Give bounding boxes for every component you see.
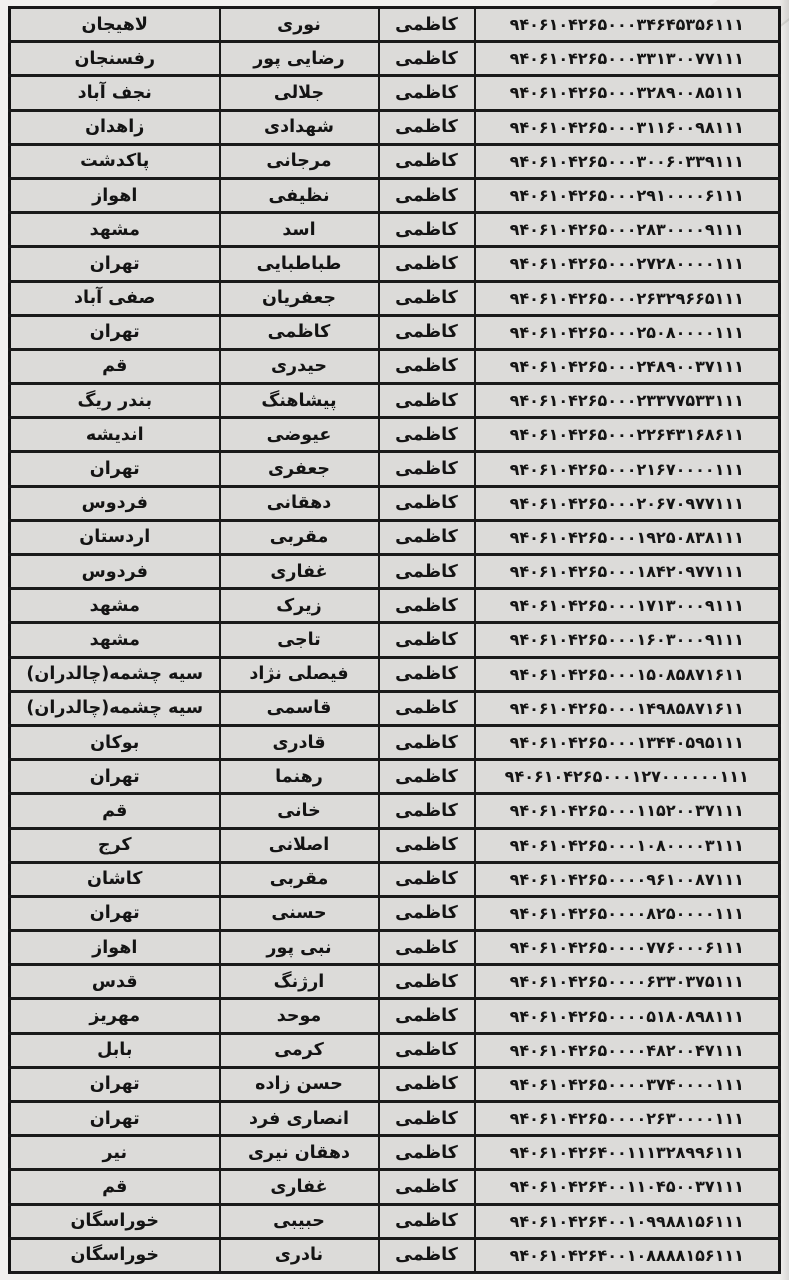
city-cell: پاکدشت — [10, 144, 220, 178]
city-cell: اهواز — [10, 931, 220, 965]
recipient-name-cell: کاظمی — [379, 1033, 475, 1067]
recipient-name-cell: کاظمی — [379, 76, 475, 110]
city-cell: فردوس — [10, 555, 220, 589]
table-row: بندر ریگ پیشاهنگ کاظمی ۹۴۰۶۱۰۴۲۶۵۰۰۰۲۳۳۷… — [10, 384, 780, 418]
surname-cell: دهقان نیری — [220, 1136, 379, 1170]
table-row: مهریز موحد کاظمی ۹۴۰۶۱۰۴۲۶۵۰۰۰۰۵۱۸۰۸۹۸۱۱… — [10, 999, 780, 1033]
recipient-name-cell: کاظمی — [379, 931, 475, 965]
table-row: رفسنجان رضایی پور کاظمی ۹۴۰۶۱۰۴۲۶۵۰۰۰۳۳۱… — [10, 42, 780, 76]
surname-cell: کاظمی — [220, 315, 379, 349]
recipient-name-cell: کاظمی — [379, 589, 475, 623]
city-cell: سیه چشمه(چالدران) — [10, 657, 220, 691]
table-row: فردوس غفاری کاظمی ۹۴۰۶۱۰۴۲۶۵۰۰۰۱۸۴۲۰۹۷۷۱… — [10, 555, 780, 589]
table-row: کاشان مقربی کاظمی ۹۴۰۶۱۰۴۲۶۵۰۰۰۰۹۶۱۰۰۸۷۱… — [10, 862, 780, 896]
recipient-name-cell: کاظمی — [379, 418, 475, 452]
tracking-number-cell: ۹۴۰۶۱۰۴۲۶۵۰۰۰۳۱۱۶۰۰۹۸۱۱۱ — [475, 110, 780, 144]
surname-cell: رضایی پور — [220, 42, 379, 76]
recipient-name-cell: کاظمی — [379, 1238, 475, 1272]
surname-cell: اصلانی — [220, 828, 379, 862]
surname-cell: جلالی — [220, 76, 379, 110]
city-cell: تهران — [10, 760, 220, 794]
surname-cell: قادری — [220, 725, 379, 759]
city-cell: بوکان — [10, 725, 220, 759]
tracking-number-cell: ۹۴۰۶۱۰۴۲۶۴۰۰۱۱۰۴۵۰۰۳۷۱۱۱ — [475, 1170, 780, 1204]
surname-cell: غفاری — [220, 555, 379, 589]
table-row: کرج اصلانی کاظمی ۹۴۰۶۱۰۴۲۶۵۰۰۰۱۰۸۰۰۰۰۳۱۱… — [10, 828, 780, 862]
recipient-name-cell: کاظمی — [379, 384, 475, 418]
table-row: قم خانی کاظمی ۹۴۰۶۱۰۴۲۶۵۰۰۰۱۱۵۲۰۰۳۷۱۱۱ — [10, 794, 780, 828]
tracking-number-cell: ۹۴۰۶۱۰۴۲۶۵۰۰۰۱۱۵۲۰۰۳۷۱۱۱ — [475, 794, 780, 828]
recipient-name-cell: کاظمی — [379, 725, 475, 759]
table-row: تهران حسنی کاظمی ۹۴۰۶۱۰۴۲۶۵۰۰۰۰۸۲۵۰۰۰۰۱۱… — [10, 896, 780, 930]
surname-cell: نوری — [220, 8, 379, 42]
tracking-number-cell: ۹۴۰۶۱۰۴۲۶۵۰۰۰۲۵۰۸۰۰۰۰۱۱۱ — [475, 315, 780, 349]
recipient-name-cell: کاظمی — [379, 213, 475, 247]
table-row: بوکان قادری کاظمی ۹۴۰۶۱۰۴۲۶۵۰۰۰۱۳۴۴۰۵۹۵۱… — [10, 725, 780, 759]
tracking-number-cell: ۹۴۰۶۱۰۴۲۶۵۰۰۰۳۰۰۶۰۳۳۹۱۱۱ — [475, 144, 780, 178]
table-row: مشهد زیرک کاظمی ۹۴۰۶۱۰۴۲۶۵۰۰۰۱۷۱۳۰۰۰۹۱۱۱ — [10, 589, 780, 623]
table-row: قم حیدری کاظمی ۹۴۰۶۱۰۴۲۶۵۰۰۰۲۴۸۹۰۰۳۷۱۱۱ — [10, 349, 780, 383]
city-cell: کرج — [10, 828, 220, 862]
tracking-number-cell: ۹۴۰۶۱۰۴۲۶۵۰۰۰۲۳۳۷۷۵۳۳۱۱۱ — [475, 384, 780, 418]
surname-cell: شهدادی — [220, 110, 379, 144]
records-table: لاهیجان نوری کاظمی ۹۴۰۶۱۰۴۲۶۵۰۰۰۳۴۶۴۵۳۵۶… — [8, 6, 781, 1274]
city-cell: قدس — [10, 965, 220, 999]
surname-cell: قاسمی — [220, 691, 379, 725]
table-row: بابل کرمی کاظمی ۹۴۰۶۱۰۴۲۶۵۰۰۰۰۴۸۲۰۰۴۷۱۱۱ — [10, 1033, 780, 1067]
recipient-name-cell: کاظمی — [379, 828, 475, 862]
recipient-name-cell: کاظمی — [379, 110, 475, 144]
city-cell: زاهدان — [10, 110, 220, 144]
tracking-number-cell: ۹۴۰۶۱۰۴۲۶۵۰۰۰۳۳۱۳۰۰۷۷۱۱۱ — [475, 42, 780, 76]
city-cell: بندر ریگ — [10, 384, 220, 418]
recipient-name-cell: کاظمی — [379, 1067, 475, 1101]
tracking-number-cell: ۹۴۰۶۱۰۴۲۶۵۰۰۰۱۲۷۰۰۰۰۰۰۱۱۱ — [475, 760, 780, 794]
recipient-name-cell: کاظمی — [379, 862, 475, 896]
tracking-number-cell: ۹۴۰۶۱۰۴۲۶۵۰۰۰۲۱۶۷۰۰۰۰۱۱۱ — [475, 452, 780, 486]
tracking-number-cell: ۹۴۰۶۱۰۴۲۶۵۰۰۰۰۹۶۱۰۰۸۷۱۱۱ — [475, 862, 780, 896]
city-cell: تهران — [10, 896, 220, 930]
tracking-number-cell: ۹۴۰۶۱۰۴۲۶۵۰۰۰۱۶۰۳۰۰۰۹۱۱۱ — [475, 623, 780, 657]
table-row: تهران حسن زاده کاظمی ۹۴۰۶۱۰۴۲۶۵۰۰۰۰۳۷۴۰۰… — [10, 1067, 780, 1101]
city-cell: قم — [10, 794, 220, 828]
surname-cell: انصاری فرد — [220, 1102, 379, 1136]
recipient-name-cell: کاظمی — [379, 315, 475, 349]
recipient-name-cell: کاظمی — [379, 623, 475, 657]
tracking-number-cell: ۹۴۰۶۱۰۴۲۶۵۰۰۰۱۷۱۳۰۰۰۹۱۱۱ — [475, 589, 780, 623]
city-cell: صفی آباد — [10, 281, 220, 315]
city-cell: مشهد — [10, 623, 220, 657]
recipient-name-cell: کاظمی — [379, 1136, 475, 1170]
city-cell: اردستان — [10, 520, 220, 554]
city-cell: رفسنجان — [10, 42, 220, 76]
table-row: اهواز نظیفی کاظمی ۹۴۰۶۱۰۴۲۶۵۰۰۰۲۹۱۰۰۰۰۶۱… — [10, 178, 780, 212]
table-row: مشهد اسد کاظمی ۹۴۰۶۱۰۴۲۶۵۰۰۰۲۸۳۰۰۰۰۹۱۱۱ — [10, 213, 780, 247]
city-cell: بابل — [10, 1033, 220, 1067]
tracking-number-cell: ۹۴۰۶۱۰۴۲۶۵۰۰۰۰۷۷۶۰۰۰۶۱۱۱ — [475, 931, 780, 965]
recipient-name-cell: کاظمی — [379, 896, 475, 930]
surname-cell: فیصلی نژاد — [220, 657, 379, 691]
tracking-number-cell: ۹۴۰۶۱۰۴۲۶۵۰۰۰۱۵۰۸۵۸۷۱۶۱۱ — [475, 657, 780, 691]
city-cell: اندیشه — [10, 418, 220, 452]
recipient-name-cell: کاظمی — [379, 1204, 475, 1238]
table-row: اندیشه عیوضی کاظمی ۹۴۰۶۱۰۴۲۶۵۰۰۰۲۲۶۴۳۱۶۸… — [10, 418, 780, 452]
surname-cell: جعفریان — [220, 281, 379, 315]
table-row: پاکدشت مرجانی کاظمی ۹۴۰۶۱۰۴۲۶۵۰۰۰۳۰۰۶۰۳۳… — [10, 144, 780, 178]
surname-cell: جعفری — [220, 452, 379, 486]
tracking-number-cell: ۹۴۰۶۱۰۴۲۶۴۰۰۱۰۹۹۸۸۱۵۶۱۱۱ — [475, 1204, 780, 1238]
recipient-name-cell: کاظمی — [379, 657, 475, 691]
city-cell: قم — [10, 1170, 220, 1204]
city-cell: تهران — [10, 247, 220, 281]
city-cell: تهران — [10, 1067, 220, 1101]
surname-cell: رهنما — [220, 760, 379, 794]
tracking-number-cell: ۹۴۰۶۱۰۴۲۶۵۰۰۰۱۰۸۰۰۰۰۳۱۱۱ — [475, 828, 780, 862]
city-cell: نجف آباد — [10, 76, 220, 110]
records-table-body: لاهیجان نوری کاظمی ۹۴۰۶۱۰۴۲۶۵۰۰۰۳۴۶۴۵۳۵۶… — [10, 8, 780, 1273]
tracking-number-cell: ۹۴۰۶۱۰۴۲۶۴۰۰۱۰۸۸۸۸۱۵۶۱۱۱ — [475, 1238, 780, 1272]
tracking-number-cell: ۹۴۰۶۱۰۴۲۶۵۰۰۰۰۴۸۲۰۰۴۷۱۱۱ — [475, 1033, 780, 1067]
city-cell: نیر — [10, 1136, 220, 1170]
recipient-name-cell: کاظمی — [379, 8, 475, 42]
surname-cell: مرجانی — [220, 144, 379, 178]
recipient-name-cell: کاظمی — [379, 144, 475, 178]
tracking-number-cell: ۹۴۰۶۱۰۴۲۶۵۰۰۰۰۸۲۵۰۰۰۰۱۱۱ — [475, 896, 780, 930]
city-cell: کاشان — [10, 862, 220, 896]
recipient-name-cell: کاظمی — [379, 1170, 475, 1204]
tracking-number-cell: ۹۴۰۶۱۰۴۲۶۵۰۰۰۲۰۶۷۰۹۷۷۱۱۱ — [475, 486, 780, 520]
recipient-name-cell: کاظمی — [379, 486, 475, 520]
table-row: قم غفاری کاظمی ۹۴۰۶۱۰۴۲۶۴۰۰۱۱۰۴۵۰۰۳۷۱۱۱ — [10, 1170, 780, 1204]
table-row: تهران انصاری فرد کاظمی ۹۴۰۶۱۰۴۲۶۵۰۰۰۰۲۶۳… — [10, 1102, 780, 1136]
tracking-number-cell: ۹۴۰۶۱۰۴۲۶۵۰۰۰۲۸۳۰۰۰۰۹۱۱۱ — [475, 213, 780, 247]
tracking-number-cell: ۹۴۰۶۱۰۴۲۶۵۰۰۰۰۲۶۳۰۰۰۰۱۱۱ — [475, 1102, 780, 1136]
city-cell: فردوس — [10, 486, 220, 520]
recipient-name-cell: کاظمی — [379, 691, 475, 725]
city-cell: خوراسگان — [10, 1204, 220, 1238]
recipient-name-cell: کاظمی — [379, 794, 475, 828]
surname-cell: نظیفی — [220, 178, 379, 212]
surname-cell: موحد — [220, 999, 379, 1033]
tracking-number-cell: ۹۴۰۶۱۰۴۲۶۵۰۰۰۲۶۳۲۹۶۶۵۱۱۱ — [475, 281, 780, 315]
city-cell: مشهد — [10, 213, 220, 247]
table-row: خوراسگان حبیبی کاظمی ۹۴۰۶۱۰۴۲۶۴۰۰۱۰۹۹۸۸۱… — [10, 1204, 780, 1238]
recipient-name-cell: کاظمی — [379, 555, 475, 589]
recipient-name-cell: کاظمی — [379, 760, 475, 794]
recipient-name-cell: کاظمی — [379, 999, 475, 1033]
table-row: تهران کاظمی کاظمی ۹۴۰۶۱۰۴۲۶۵۰۰۰۲۵۰۸۰۰۰۰۱… — [10, 315, 780, 349]
surname-cell: مقربی — [220, 520, 379, 554]
tracking-number-cell: ۹۴۰۶۱۰۴۲۶۵۰۰۰۰۵۱۸۰۸۹۸۱۱۱ — [475, 999, 780, 1033]
table-row: نیر دهقان نیری کاظمی ۹۴۰۶۱۰۴۲۶۴۰۰۱۱۱۳۲۸۹… — [10, 1136, 780, 1170]
table-row: اهواز نبی پور کاظمی ۹۴۰۶۱۰۴۲۶۵۰۰۰۰۷۷۶۰۰۰… — [10, 931, 780, 965]
tracking-number-cell: ۹۴۰۶۱۰۴۲۶۵۰۰۰۳۲۸۹۰۰۸۵۱۱۱ — [475, 76, 780, 110]
recipient-name-cell: کاظمی — [379, 42, 475, 76]
tracking-number-cell: ۹۴۰۶۱۰۴۲۶۵۰۰۰۱۹۲۵۰۸۳۸۱۱۱ — [475, 520, 780, 554]
surname-cell: حسنی — [220, 896, 379, 930]
tracking-number-cell: ۹۴۰۶۱۰۴۲۶۵۰۰۰۲۹۱۰۰۰۰۶۱۱۱ — [475, 178, 780, 212]
surname-cell: مقربی — [220, 862, 379, 896]
table-row: تهران طباطبایی کاظمی ۹۴۰۶۱۰۴۲۶۵۰۰۰۲۷۲۸۰۰… — [10, 247, 780, 281]
tracking-number-cell: ۹۴۰۶۱۰۴۲۶۴۰۰۱۱۱۳۲۸۹۹۶۱۱۱ — [475, 1136, 780, 1170]
city-cell: تهران — [10, 452, 220, 486]
surname-cell: عیوضی — [220, 418, 379, 452]
table-row: لاهیجان نوری کاظمی ۹۴۰۶۱۰۴۲۶۵۰۰۰۳۴۶۴۵۳۵۶… — [10, 8, 780, 42]
tracking-number-cell: ۹۴۰۶۱۰۴۲۶۵۰۰۰۱۳۴۴۰۵۹۵۱۱۱ — [475, 725, 780, 759]
surname-cell: حبیبی — [220, 1204, 379, 1238]
surname-cell: طباطبایی — [220, 247, 379, 281]
tracking-number-cell: ۹۴۰۶۱۰۴۲۶۵۰۰۰۲۲۶۴۳۱۶۸۶۱۱ — [475, 418, 780, 452]
tracking-number-cell: ۹۴۰۶۱۰۴۲۶۵۰۰۰۱۴۹۸۵۸۷۱۶۱۱ — [475, 691, 780, 725]
surname-cell: ارژنگ — [220, 965, 379, 999]
table-row: تهران رهنما کاظمی ۹۴۰۶۱۰۴۲۶۵۰۰۰۱۲۷۰۰۰۰۰۰… — [10, 760, 780, 794]
table-row: تهران جعفری کاظمی ۹۴۰۶۱۰۴۲۶۵۰۰۰۲۱۶۷۰۰۰۰۱… — [10, 452, 780, 486]
surname-cell: نادری — [220, 1238, 379, 1272]
surname-cell: پیشاهنگ — [220, 384, 379, 418]
table-row: صفی آباد جعفریان کاظمی ۹۴۰۶۱۰۴۲۶۵۰۰۰۲۶۳۲… — [10, 281, 780, 315]
recipient-name-cell: کاظمی — [379, 1102, 475, 1136]
recipient-name-cell: کاظمی — [379, 281, 475, 315]
surname-cell: غفاری — [220, 1170, 379, 1204]
table-row: قدس ارژنگ کاظمی ۹۴۰۶۱۰۴۲۶۵۰۰۰۰۶۳۳۰۳۷۵۱۱۱ — [10, 965, 780, 999]
table-row: فردوس دهقانی کاظمی ۹۴۰۶۱۰۴۲۶۵۰۰۰۲۰۶۷۰۹۷۷… — [10, 486, 780, 520]
city-cell: مهریز — [10, 999, 220, 1033]
table-row: زاهدان شهدادی کاظمی ۹۴۰۶۱۰۴۲۶۵۰۰۰۳۱۱۶۰۰۹… — [10, 110, 780, 144]
surname-cell: دهقانی — [220, 486, 379, 520]
recipient-name-cell: کاظمی — [379, 452, 475, 486]
tracking-number-cell: ۹۴۰۶۱۰۴۲۶۵۰۰۰۲۷۲۸۰۰۰۰۱۱۱ — [475, 247, 780, 281]
table-row: سیه چشمه(چالدران) قاسمی کاظمی ۹۴۰۶۱۰۴۲۶۵… — [10, 691, 780, 725]
surname-cell: زیرک — [220, 589, 379, 623]
recipient-name-cell: کاظمی — [379, 349, 475, 383]
surname-cell: کرمی — [220, 1033, 379, 1067]
table-row: نجف آباد جلالی کاظمی ۹۴۰۶۱۰۴۲۶۵۰۰۰۳۲۸۹۰۰… — [10, 76, 780, 110]
table-row: مشهد تاجی کاظمی ۹۴۰۶۱۰۴۲۶۵۰۰۰۱۶۰۳۰۰۰۹۱۱۱ — [10, 623, 780, 657]
city-cell: سیه چشمه(چالدران) — [10, 691, 220, 725]
table-row: سیه چشمه(چالدران) فیصلی نژاد کاظمی ۹۴۰۶۱… — [10, 657, 780, 691]
city-cell: تهران — [10, 1102, 220, 1136]
city-cell: قم — [10, 349, 220, 383]
scanned-page: لاهیجان نوری کاظمی ۹۴۰۶۱۰۴۲۶۵۰۰۰۳۴۶۴۵۳۵۶… — [0, 0, 789, 1280]
tracking-number-cell: ۹۴۰۶۱۰۴۲۶۵۰۰۰۲۴۸۹۰۰۳۷۱۱۱ — [475, 349, 780, 383]
tracking-number-cell: ۹۴۰۶۱۰۴۲۶۵۰۰۰۳۴۶۴۵۳۵۶۱۱۱ — [475, 8, 780, 42]
recipient-name-cell: کاظمی — [379, 520, 475, 554]
city-cell: خوراسگان — [10, 1238, 220, 1272]
recipient-name-cell: کاظمی — [379, 178, 475, 212]
surname-cell: حسن زاده — [220, 1067, 379, 1101]
surname-cell: حیدری — [220, 349, 379, 383]
table-row: خوراسگان نادری کاظمی ۹۴۰۶۱۰۴۲۶۴۰۰۱۰۸۸۸۸۱… — [10, 1238, 780, 1272]
tracking-number-cell: ۹۴۰۶۱۰۴۲۶۵۰۰۰۱۸۴۲۰۹۷۷۱۱۱ — [475, 555, 780, 589]
city-cell: اهواز — [10, 178, 220, 212]
surname-cell: نبی پور — [220, 931, 379, 965]
city-cell: مشهد — [10, 589, 220, 623]
city-cell: تهران — [10, 315, 220, 349]
recipient-name-cell: کاظمی — [379, 247, 475, 281]
surname-cell: تاجی — [220, 623, 379, 657]
tracking-number-cell: ۹۴۰۶۱۰۴۲۶۵۰۰۰۰۶۳۳۰۳۷۵۱۱۱ — [475, 965, 780, 999]
tracking-number-cell: ۹۴۰۶۱۰۴۲۶۵۰۰۰۰۳۷۴۰۰۰۰۱۱۱ — [475, 1067, 780, 1101]
table-row: اردستان مقربی کاظمی ۹۴۰۶۱۰۴۲۶۵۰۰۰۱۹۲۵۰۸۳… — [10, 520, 780, 554]
recipient-name-cell: کاظمی — [379, 965, 475, 999]
surname-cell: اسد — [220, 213, 379, 247]
surname-cell: خانی — [220, 794, 379, 828]
city-cell: لاهیجان — [10, 8, 220, 42]
